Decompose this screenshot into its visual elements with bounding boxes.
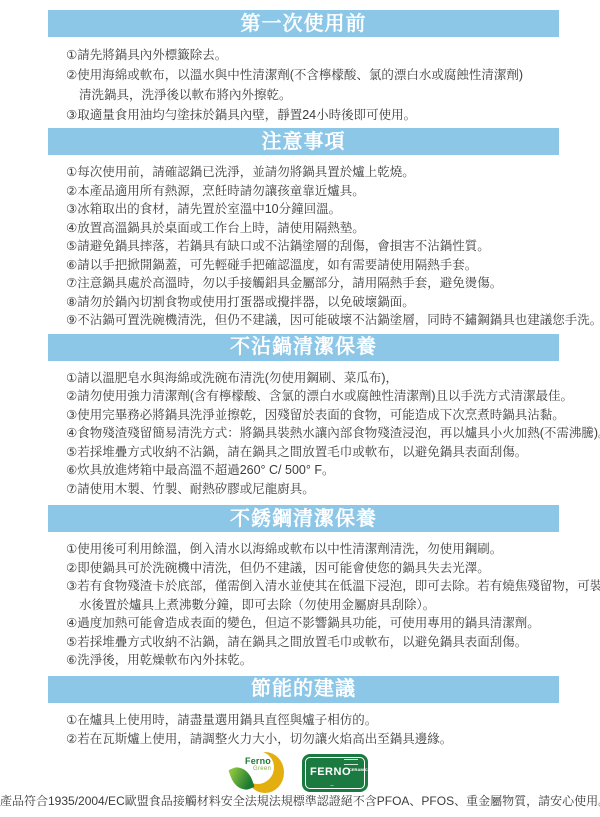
instruction-line: ①在爐具上使用時，請盡量選用鍋具直徑與爐子相仿的。 [66,711,600,730]
ferno-green-sub: Green [253,766,271,772]
section-title: 第一次使用前 [241,14,367,34]
instruction-line: 清洗鍋具，洗淨後以軟布將內外擦乾。 [66,85,600,105]
instruction-list: ①在爐具上使用時，請盡量選用鍋具直徑與爐子相仿的。 ②若在瓦斯爐上使用，請調整火… [0,703,600,749]
instruction-line: ②使用海綿或軟布，以溫水與中性清潔劑(不含檸檬酸、氯的漂白水或腐蝕性清潔劑) [66,65,600,85]
instruction-line: ②請勿使用強力清潔劑(含有檸檬酸、含氯的漂白水或腐蝕性清潔劑)且以手洗方式清潔最… [66,387,600,406]
ferno-ceramic-badge: FERNO CERAMIC ⌣ [302,754,368,792]
section-header-bar: 節能的建議 [48,676,559,703]
instruction-line: ②若在瓦斯爐上使用，請調整火力大小，切勿讓火焰高出至鍋具邊緣。 [66,730,600,749]
section-header-bar: 不銹鋼清潔保養 [48,505,559,532]
instruction-line: ⑤若採堆疊方式收納不沾鍋，請在鍋具之間放置毛巾或軟布，以避免鍋具表面刮傷。 [66,633,600,652]
ferno-ceramic-brand: FERNO [310,767,351,778]
instruction-section: 第一次使用前 ①請先將鍋具內外標籤除去。 ②使用海綿或軟布，以溫水與中性清潔劑(… [0,10,600,125]
section-title: 注意事項 [262,132,346,152]
instruction-line: ④過度加熱可能會造成表面的變色，但這不影響鍋具功能，可使用專用的鍋具清潔劑。 [66,614,600,633]
instruction-line: 水後置於爐具上煮沸數分鐘，即可去除（勿使用金屬廚具刮除）。 [66,596,600,615]
footer-certification-text: 產品符合1935/2004/EC歐盟食品接觸材料安全法規法規標準認證絕不含PFO… [0,792,600,809]
section-header-bar: 不沾鍋清潔保養 [48,334,559,361]
certification-logos-row: Ferno Green FERNO CERAMIC ⌣ [0,751,600,795]
section-title: 節能的建議 [251,679,356,699]
ferno-green-logo: Ferno Green [232,751,288,795]
instruction-line: ⑥炊具放進烤箱中最高溫不超過260° C/ 500° F。 [66,461,600,480]
instruction-line: ③若有食物殘渣卡於底部，僅需倒入清水並使其在低溫下浸泡，即可去除。若有燒焦殘留物… [66,577,600,596]
badge-lines-icon [344,759,358,765]
instruction-line: ⑤請避免鍋具摔落，若鍋具有缺口或不沾鍋塗層的刮傷，會損害不沾鍋性質。 [66,237,600,256]
instruction-line: ③冰箱取出的食材，請先置於室溫中10分鐘回溫。 [66,200,600,219]
instruction-list: ①使用後可利用餘溫，倒入清水以海綿或軟布以中性清潔劑清洗，勿使用鋼刷。 ②即使鍋… [0,532,600,670]
ferno-green-name: Ferno [245,757,271,766]
badge-smile-mark: ⌣ [330,783,334,789]
instruction-line: ①每次使用前，請確認鍋已洗淨，並請勿將鍋具置於爐上乾燒。 [66,163,600,182]
instruction-line: ⑥洗淨後，用乾燥軟布內外抹乾。 [66,651,600,670]
instruction-list: ①每次使用前，請確認鍋已洗淨，並請勿將鍋具置於爐上乾燒。 ②本產品適用所有熱源，… [0,155,600,330]
sections-container: 第一次使用前 ①請先將鍋具內外標籤除去。 ②使用海綿或軟布，以溫水與中性清潔劑(… [0,0,600,749]
section-header-bar: 第一次使用前 [48,10,559,37]
instruction-line: ①使用後可利用餘溫，倒入清水以海綿或軟布以中性清潔劑清洗，勿使用鋼刷。 [66,540,600,559]
section-title: 不沾鍋清潔保養 [230,337,377,357]
instruction-line: ②即使鍋具可於洗碗機中清洗，但仍不建議，因可能會使您的鍋具失去光澤。 [66,559,600,578]
instruction-line: ④放置高溫鍋具於桌面或工作台上時，請使用隔熱墊。 [66,219,600,238]
instruction-line: ①請先將鍋具內外標籤除去。 [66,45,600,65]
instruction-line: ②本產品適用所有熱源，烹飪時請勿讓孩童靠近爐具。 [66,182,600,201]
instruction-line: ③使用完畢務必將鍋具洗淨並擦乾，因殘留於表面的食物，可能造成下次烹煮時鍋具沾黏。 [66,406,600,425]
instruction-line: ④食物殘渣殘留簡易清洗方式：將鍋具裝熱水讓內部食物殘渣浸泡，再以爐具小火加熱(不… [66,424,600,443]
instruction-section: 注意事項 ①每次使用前，請確認鍋已洗淨，並請勿將鍋具置於爐上乾燒。 ②本產品適用… [0,128,600,330]
section-title: 不銹鋼清潔保養 [230,509,377,529]
instruction-line: ⑦注意鍋具處於高溫時，勿以手接觸鋁具金屬部分，請用隔熱手套，避免燙傷。 [66,274,600,293]
instruction-list: ①請先將鍋具內外標籤除去。 ②使用海綿或軟布，以溫水與中性清潔劑(不含檸檬酸、氯… [0,37,600,125]
instruction-list: ①請以溫肥皂水與海綿或洗碗布清洗(勿使用鋼刷、菜瓜布)， ②請勿使用強力清潔劑(… [0,361,600,499]
ferno-ceramic-sub: CERAMIC [349,768,368,772]
instruction-section: 節能的建議 ①在爐具上使用時，請盡量選用鍋具直徑與爐子相仿的。 ②若在瓦斯爐上使… [0,676,600,749]
section-header-bar: 注意事項 [48,128,559,155]
instruction-line: ⑧請勿於鍋內切割食物或使用打蛋器或攪拌器，以免破壞鍋面。 [66,293,600,312]
care-instructions-page: 第一次使用前 ①請先將鍋具內外標籤除去。 ②使用海綿或軟布，以溫水與中性清潔劑(… [0,0,600,817]
instruction-line: ⑤若採堆疊方式收納不沾鍋，請在鍋具之間放置毛巾或軟布，以避免鍋具表面刮傷。 [66,443,600,462]
instruction-section: 不沾鍋清潔保養 ①請以溫肥皂水與海綿或洗碗布清洗(勿使用鋼刷、菜瓜布)， ②請勿… [0,334,600,499]
instruction-section: 不銹鋼清潔保養 ①使用後可利用餘溫，倒入清水以海綿或軟布以中性清潔劑清洗，勿使用… [0,505,600,670]
instruction-line: ①請以溫肥皂水與海綿或洗碗布清洗(勿使用鋼刷、菜瓜布)， [66,369,600,388]
instruction-line: ⑥請以手把掀開鍋蓋，可先輕碰手把確認溫度，如有需要請使用隔熱手套。 [66,256,600,275]
instruction-line: ③取適量食用油均勻塗抹於鍋具內壁，靜置24小時後即可使用。 [66,105,600,125]
instruction-line: ⑨不沾鍋可置洗碗機清洗，但仍不建議，因可能破壞不沾鍋塗層，同時不鏽鋼鍋具也建議您… [66,311,600,330]
instruction-line: ⑦請使用木製、竹製、耐熱矽膠或尼龍廚具。 [66,480,600,499]
